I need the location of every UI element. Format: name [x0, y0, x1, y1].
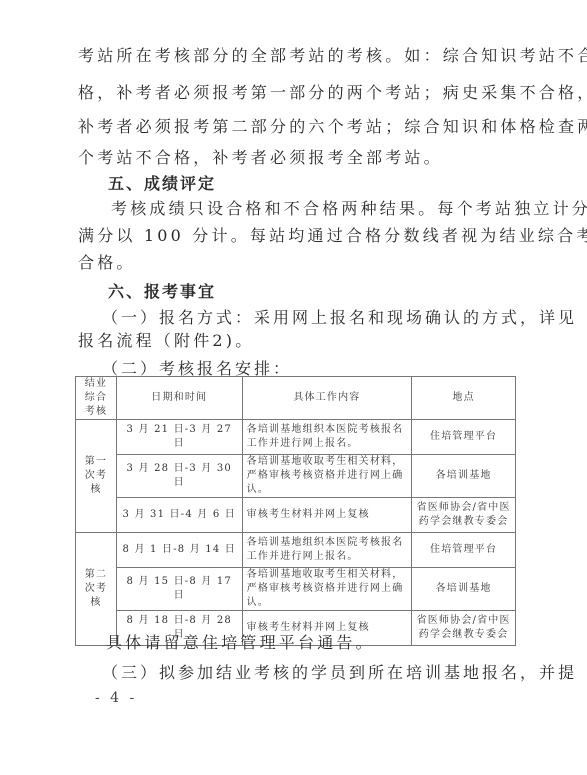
- body-text-line: 补考者必须报考第二部分的六个考站；综合知识和体格检查两: [78, 117, 518, 137]
- cell-place: 住培管理平台: [412, 533, 516, 568]
- body-text-line: 格，补考者必须报考第一部分的两个考站；病史采集不合格，: [78, 83, 518, 103]
- registration-schedule-table: 结业综合考核 日期和时间 具体工作内容 地点 第一次考核 3 月 21 日-3 …: [75, 376, 516, 646]
- notice-line: 具体请留意住培管理平台通告。: [106, 633, 546, 653]
- cell-place: 各培训基地: [412, 455, 516, 498]
- cell-date: 3 月 31 日-4 月 6 日: [116, 498, 242, 533]
- cell-date: 3 月 21 日-3 月 27 日: [116, 420, 242, 455]
- cell-content: 各培训基地组织本医院考核报名工作并进行网上报名。: [242, 420, 412, 455]
- cell-content: 各培训基地收取考生相关材料，严格审核考核资格并进行网上确认。: [242, 568, 412, 611]
- header-exam: 结业综合考核: [76, 377, 117, 420]
- table-row: 第一次考核 3 月 21 日-3 月 27 日 各培训基地组织本医院考核报名工作…: [76, 420, 516, 455]
- header-place: 地点: [412, 377, 516, 420]
- body-text-line: 合格。: [78, 253, 518, 273]
- cell-date: 3 月 28 日-3 月 30 日: [116, 455, 242, 498]
- page-number: - 4 -: [95, 690, 137, 706]
- cell-place: 各培训基地: [412, 568, 516, 611]
- body-text-line: 满分以 100 分计。每站均通过合格分数线者视为结业综合考核: [78, 226, 518, 246]
- cell-content: 各培训基地收取考生相关材料，严格审核考核资格并进行网上确认。: [242, 455, 412, 498]
- item3-line: （三）拟参加结业考核的学员到所在培训基地报名，并提: [102, 660, 577, 683]
- table-row: 第二次考核 8 月 1 日-8 月 14 日 各培训基地组织本医院考核报名工作并…: [76, 533, 516, 568]
- group-label: 第一次考核: [76, 420, 117, 533]
- group-label: 第二次考核: [76, 533, 117, 646]
- header-date: 日期和时间: [116, 377, 242, 420]
- table-header-row: 结业综合考核 日期和时间 具体工作内容 地点: [76, 377, 516, 420]
- section-heading-registration: 六、报考事宜: [108, 279, 216, 302]
- registration-method-line: （一）报名方式：采用网上报名和现场确认的方式，详见: [102, 305, 577, 328]
- body-text-line: 个考站不合格，补考者必须报考全部考站。: [78, 148, 518, 168]
- cell-date: 8 月 15 日-8 月 17 日: [116, 568, 242, 611]
- body-text-line: 考核成绩只设合格和不合格两种结果。每个考站独立计分，: [111, 199, 551, 219]
- table-row: 3 月 28 日-3 月 30 日 各培训基地收取考生相关材料，严格审核考核资格…: [76, 455, 516, 498]
- body-text-line: 考站所在考核部分的全部考站的考核。如：综合知识考站不合: [78, 46, 518, 66]
- cell-date: 8 月 1 日-8 月 14 日: [116, 533, 242, 568]
- cell-place: 住培管理平台: [412, 420, 516, 455]
- cell-content: 各培训基地组织本医院考核报名工作并进行网上报名。: [242, 533, 412, 568]
- document-page: 考站所在考核部分的全部考站的考核。如：综合知识考站不合 格，补考者必须报考第一部…: [0, 0, 587, 775]
- cell-content: 审核考生材料并网上复核: [242, 498, 412, 533]
- registration-method-line: 报名流程（附件2)。: [78, 331, 518, 351]
- section-heading-grading: 五、成绩评定: [108, 171, 216, 194]
- table-row: 8 月 15 日-8 月 17 日 各培训基地收取考生相关材料，严格审核考核资格…: [76, 568, 516, 611]
- table-row: 3 月 31 日-4 月 6 日 审核考生材料并网上复核 省医师协会/省中医药学…: [76, 498, 516, 533]
- cell-place: 省医师协会/省中医药学会继教专委会: [412, 498, 516, 533]
- header-content: 具体工作内容: [242, 377, 412, 420]
